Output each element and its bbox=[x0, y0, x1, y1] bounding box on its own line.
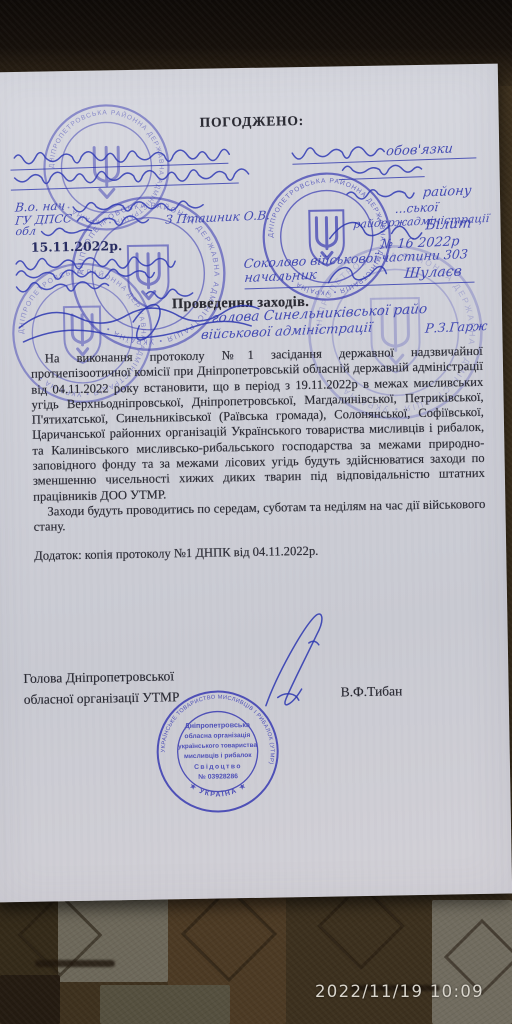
round-stamp-left-middle: ДНІПРОПЕТРОВСЬКА РАЙОННА ДЕРЖАВНА АДМІНІ… bbox=[67, 192, 230, 355]
signature-scribble bbox=[345, 187, 415, 204]
handwriting-nachalnyk: начальник bbox=[244, 268, 318, 286]
signature-scribble bbox=[14, 279, 110, 297]
carpet-diamond-motif bbox=[181, 886, 277, 982]
svg-text:ДНІПРОПЕТРОВСЬКА РАЙОННА ДЕР: ДНІПРОПЕТРОВСЬКА РАЙОННА ДЕРЖАВНА АДМІНІ… bbox=[312, 249, 479, 416]
svg-text:ДНІПРОПЕТРОВСЬКА РАЙОННА ДЕР: ДНІПРОПЕТРОВСЬКА РАЙОННА ДЕРЖАВНА АДМІНІ… bbox=[267, 176, 387, 296]
handwritten-underline bbox=[245, 282, 475, 290]
paragraph-attachment: Додаток: копія протоколу №1 ДНПК від 04.… bbox=[34, 540, 486, 563]
camera-timestamp: 2022/11/19 10:09 bbox=[315, 982, 484, 1001]
signatory-role-line2: обласної організації УТМР bbox=[24, 686, 180, 710]
svg-text:УКРАЇНСЬКЕ ТОВАРИСТВО МИСЛИВЦІ: УКРАЇНСЬКЕ ТОВАРИСТВО МИСЛИВЦІВ І РИБАЛО… bbox=[160, 694, 275, 767]
signature-scribble bbox=[322, 261, 392, 288]
handwriting-ptashnyk: З Пташник О.В. bbox=[165, 208, 271, 227]
svg-text:★ УКРАЇНА ★: ★ УКРАЇНА ★ bbox=[188, 781, 249, 799]
round-stamp-utmr: УКРАЇНСЬКЕ ТОВАРИСТВО МИСЛИВЦІВ І РИБАЛО… bbox=[154, 687, 282, 815]
carpet-patch bbox=[0, 895, 58, 1024]
signature-scribble bbox=[75, 214, 145, 231]
signature-scribble bbox=[290, 144, 382, 164]
paragraph-main: На виконання протоколу №1 засідання держ… bbox=[31, 344, 486, 505]
stamp-ring-text: ДНІПРОПЕТРОВСЬКА РАЙОННА ДЕРЖАВНА АДМІНІ… bbox=[312, 249, 479, 416]
signature-scribble bbox=[13, 166, 243, 196]
stamp-inner-line: Свідоцтво bbox=[194, 762, 242, 771]
handwriting-military-unit: Соколово військової частини 303 bbox=[243, 246, 469, 271]
signature-scribble bbox=[340, 163, 424, 180]
signature-scribble bbox=[71, 199, 201, 219]
handwriting-date: 15.11.2022р. bbox=[31, 238, 123, 255]
handwriting-signature-shulaiev: Шулаєв bbox=[404, 263, 463, 282]
stamp-ring-text: ДНІПРОПЕТРОВСЬКА РАЙОННА ДЕРЖАВНА АДМІНІ… bbox=[267, 176, 387, 296]
document-body: На виконання протоколу №1 засідання держ… bbox=[31, 344, 487, 564]
handwritten-underline bbox=[292, 157, 476, 164]
handwriting-oboviazky: обов'язки bbox=[385, 141, 453, 159]
handwriting-number-date: № 16 2022р bbox=[380, 234, 460, 252]
handwritten-underline bbox=[11, 183, 239, 191]
shield-icon bbox=[309, 210, 344, 266]
handwriting-skoi: ...ської bbox=[394, 200, 438, 216]
stamp-inner-line: № 03928286 bbox=[198, 773, 238, 781]
trident-icon bbox=[316, 217, 337, 258]
handwriting-vo-nach: В.о. нач bbox=[14, 198, 66, 214]
stamp-ring-text: ДНІПРОПЕТРОВСЬКА РАЙОННА ДЕРЖАВНА АДМІНІ… bbox=[17, 268, 147, 398]
signature-scribble bbox=[325, 215, 415, 245]
document-paper: ДНІПРОПЕТРОВСЬКА РАЙОННА ДЕРЖАВНА АДМІНІ… bbox=[0, 64, 512, 903]
shield-icon bbox=[128, 245, 169, 308]
document-title: Проведення заходів. bbox=[172, 294, 309, 313]
handwriting-signature-bilyt: Білит bbox=[425, 215, 473, 233]
handwritten-underline bbox=[10, 163, 228, 171]
signatory-name: В.Ф.Тибан bbox=[341, 683, 403, 700]
stamp-ring-text: ДНІПРОПЕТРОВСЬКА РАЙОННА ДЕРЖАВНА АДМІНІ… bbox=[47, 108, 165, 226]
handwriting-obl: обл bbox=[15, 224, 37, 238]
carpet-patch bbox=[100, 985, 230, 1024]
carpet-patch bbox=[168, 884, 286, 1024]
svg-text:ДНІПРОПЕТРОВСЬКА РАЙОННА ДЕР: ДНІПРОПЕТРОВСЬКА РАЙОННА ДЕРЖАВНА АДМІНІ… bbox=[47, 108, 165, 226]
trident-icon bbox=[72, 315, 93, 355]
round-stamp-left-bottom: ДНІПРОПЕТРОВСЬКА РАЙОННА ДЕРЖАВНА АДМІНІ… bbox=[9, 260, 155, 406]
handwriting-golova-line: голова Синельниківської райо bbox=[211, 301, 428, 326]
trident-icon bbox=[137, 254, 160, 299]
photo-scene: ДНІПРОПЕТРОВСЬКА РАЙОННА ДЕРЖАВНА АДМІНІ… bbox=[0, 0, 512, 1024]
signatory-role: Голова Дніпропетровської обласної органі… bbox=[23, 665, 179, 710]
signature-tyban bbox=[250, 606, 344, 712]
svg-text:ДНІПРОПЕТРОВСЬКА РАЙОННА ДЕР: ДНІПРОПЕТРОВСЬКА РАЙОННА ДЕРЖАВНА АДМІНІ… bbox=[74, 199, 223, 348]
handwriting-raiderzhadministratsii: райдержадміністрації bbox=[353, 212, 490, 231]
approved-label: ПОГОДЖЕНО: bbox=[200, 113, 305, 131]
carpet-patch bbox=[286, 884, 432, 1024]
signature-scribble bbox=[12, 146, 228, 176]
carpet-diamond-motif bbox=[18, 893, 103, 978]
signatory-role-line1: Голова Дніпропетровської bbox=[23, 665, 179, 689]
signature-scribble bbox=[40, 227, 86, 242]
signature-scribble bbox=[14, 253, 174, 274]
signature-scribble bbox=[13, 290, 266, 352]
shield-icon bbox=[371, 298, 420, 373]
signature-scribble bbox=[14, 267, 154, 287]
handwriting-signature-harzh: Р.З.Гарж bbox=[424, 318, 488, 336]
trident-icon bbox=[94, 147, 119, 197]
svg-text:ДНІПРОПЕТРОВСЬКА РАЙОННА ДЕР: ДНІПРОПЕТРОВСЬКА РАЙОННА ДЕРЖАВНА АДМІНІ… bbox=[17, 268, 147, 398]
handwriting-gu-dpss: ГУ ДПСС bbox=[15, 211, 73, 227]
shield-icon bbox=[64, 307, 101, 364]
handwritten-underline bbox=[339, 176, 425, 180]
stamp-ring-text: ДНІПРОПЕТРОВСЬКА РАЙОННА ДЕРЖАВНА АДМІНІ… bbox=[74, 199, 223, 348]
stamp-inner-line: Дніпропетровська bbox=[184, 720, 251, 730]
round-stamp-left-top: ДНІПРОПЕТРОВСЬКА РАЙОННА ДЕРЖАВНА АДМІНІ… bbox=[39, 100, 173, 234]
stamp-inner-line: мисливців і рибалок bbox=[184, 751, 252, 760]
handwriting-viiskova-line: військової адміністрації bbox=[200, 321, 372, 343]
paragraph-schedule: Заходи будуть проводитись по середам, су… bbox=[33, 497, 485, 535]
round-stamp-faint-large: ДНІПРОПЕТРОВСЬКА РАЙОННА ДЕРЖАВНА АДМІНІ… bbox=[304, 241, 487, 424]
stamp-inner-line: обласна організація bbox=[184, 731, 250, 740]
trident-icon bbox=[382, 308, 409, 363]
stamp-ring-text: УКРАЇНСЬКЕ ТОВАРИСТВО МИСЛИВЦІВ І РИБАЛО… bbox=[160, 694, 275, 767]
stamp-inner-line: українського товариства bbox=[178, 742, 257, 750]
signature-scribble bbox=[145, 287, 189, 302]
carpet-patch bbox=[432, 900, 512, 1024]
carpet-weave-mark bbox=[35, 960, 115, 967]
stamp-ring-text: ★ УКРАЇНА ★ bbox=[188, 781, 249, 799]
handwriting-raionu: району bbox=[422, 183, 472, 200]
round-stamp-district-administration: ДНІПРОПЕТРОВСЬКА РАЙОННА ДЕРЖАВНА АДМІНІ… bbox=[261, 170, 393, 302]
carpet-patch bbox=[0, 975, 60, 1024]
